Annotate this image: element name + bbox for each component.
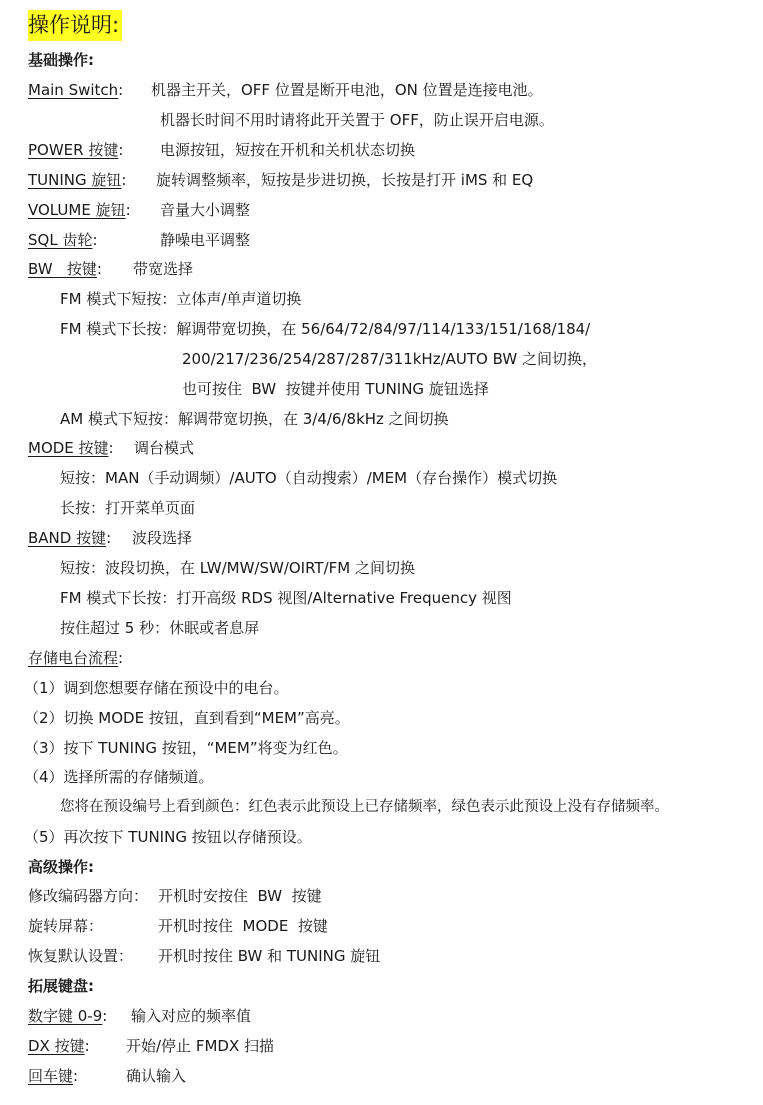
desc-band: 波段选择 <box>132 528 192 548</box>
section-heading-keypad: 拓展键盘: <box>28 976 94 996</box>
mode-sub-1: 短按：MAN（手动调频）/AUTO（自动搜索）/MEM（存台操作）模式切换 <box>60 468 557 488</box>
advanced-desc-2: 开机时按住 MODE 按键 <box>158 916 328 936</box>
row-tuning: TUNING 旋钮: <box>28 170 126 190</box>
store-step-2: （2）切换 MODE 按钮，直到看到“MEM”高亮。 <box>24 708 350 728</box>
bw-sub-4: 也可按住 BW 按键并使用 TUNING 旋钮选择 <box>182 379 489 399</box>
advanced-label-2: 旋转屏幕： <box>28 916 103 936</box>
band-sub-2: FM 模式下长按：打开高级 RDS 视图/Alternative Frequen… <box>60 588 512 608</box>
row-digit-keys: 数字键 0-9: <box>28 1006 107 1026</box>
desc-volume: 音量大小调整 <box>160 200 250 220</box>
desc-mode: 调台模式 <box>134 438 194 458</box>
row-store: 存储电台流程: <box>28 648 123 668</box>
key-band: BAND 按键 <box>28 529 106 547</box>
key-tuning: TUNING 旋钮 <box>28 171 121 189</box>
desc-main-switch-2: 机器长时间不用时请将此开关置于 OFF，防止误开启电源。 <box>160 110 554 130</box>
advanced-label-3: 恢复默认设置： <box>28 946 133 966</box>
band-sub-1: 短按：波段切换，在 LW/MW/SW/OIRT/FM 之间切换 <box>60 558 415 578</box>
row-enter-key: 回车键: <box>28 1066 78 1086</box>
key-enter: 回车键 <box>28 1067 73 1085</box>
row-main-switch: Main Switch: <box>28 80 123 100</box>
key-dx: DX 按键 <box>28 1037 85 1055</box>
store-step-4-note: 您将在预设编号上看到颜色：红色表示此预设上已存储频率，绿色表示此预设上没有存储频… <box>60 797 669 817</box>
store-step-3: （3）按下 TUNING 按钮，“MEM”将变为红色。 <box>24 738 348 758</box>
row-dx-key: DX 按键: <box>28 1036 90 1056</box>
store-step-5: （5）再次按下 TUNING 按钮以存储预设。 <box>24 827 312 847</box>
page-title: 操作说明: <box>28 10 122 41</box>
desc-main-switch-1: 机器主开关，OFF 位置是断开电池，ON 位置是连接电池。 <box>151 80 543 100</box>
section-heading-basic: 基础操作: <box>28 50 94 70</box>
key-digits: 数字键 0-9 <box>28 1007 102 1025</box>
row-mode: MODE 按键: <box>28 438 114 458</box>
mode-sub-2: 长按：打开菜单页面 <box>60 498 195 518</box>
key-mode: MODE 按键 <box>28 439 109 457</box>
bw-sub-3: 200/217/236/254/287/287/311kHz/AUTO BW 之… <box>182 349 597 369</box>
bw-sub-1: FM 模式下短按：立体声/单声道切换 <box>60 289 301 309</box>
row-bw: BW 按键: <box>28 259 102 279</box>
key-bw: BW 按键 <box>28 260 97 278</box>
desc-tuning: 旋转调整频率，短按是步进切换，长按是打开 iMS 和 EQ <box>156 170 533 190</box>
store-step-4: （4）选择所需的存储频道。 <box>24 767 214 787</box>
band-sub-3: 按住超过 5 秒：休眠或者息屏 <box>60 618 259 638</box>
desc-digits: 输入对应的频率值 <box>131 1006 251 1026</box>
desc-enter: 确认输入 <box>126 1066 186 1086</box>
desc-power: 电源按钮，短按在开机和关机状态切换 <box>160 140 415 160</box>
desc-dx: 开始/停止 FMDX 扫描 <box>126 1036 274 1056</box>
advanced-desc-3: 开机时按住 BW 和 TUNING 旋钮 <box>158 946 380 966</box>
row-volume: VOLUME 旋钮: <box>28 200 131 220</box>
store-step-1: （1）调到您想要存储在预设中的电台。 <box>24 678 289 698</box>
key-store-station: 存储电台流程 <box>28 649 118 667</box>
row-power: POWER 按键: <box>28 140 123 160</box>
bw-sub-5: AM 模式下短按：解调带宽切换，在 3/4/6/8kHz 之间切换 <box>60 409 449 429</box>
advanced-label-1: 修改编码器方向： <box>28 886 148 906</box>
row-sql: SQL 齿轮: <box>28 230 98 250</box>
desc-bw: 带宽选择 <box>133 259 193 279</box>
key-main-switch: Main Switch <box>28 81 118 99</box>
key-power: POWER 按键 <box>28 141 118 159</box>
key-sql: SQL 齿轮 <box>28 231 92 249</box>
advanced-desc-1: 开机时安按住 BW 按键 <box>158 886 322 906</box>
section-heading-advanced: 高级操作: <box>28 857 94 877</box>
bw-sub-2: FM 模式下长按：解调带宽切换，在 56/64/72/84/97/114/133… <box>60 319 590 339</box>
desc-sql: 静噪电平调整 <box>160 230 250 250</box>
key-volume: VOLUME 旋钮 <box>28 201 126 219</box>
row-band: BAND 按键: <box>28 528 111 548</box>
